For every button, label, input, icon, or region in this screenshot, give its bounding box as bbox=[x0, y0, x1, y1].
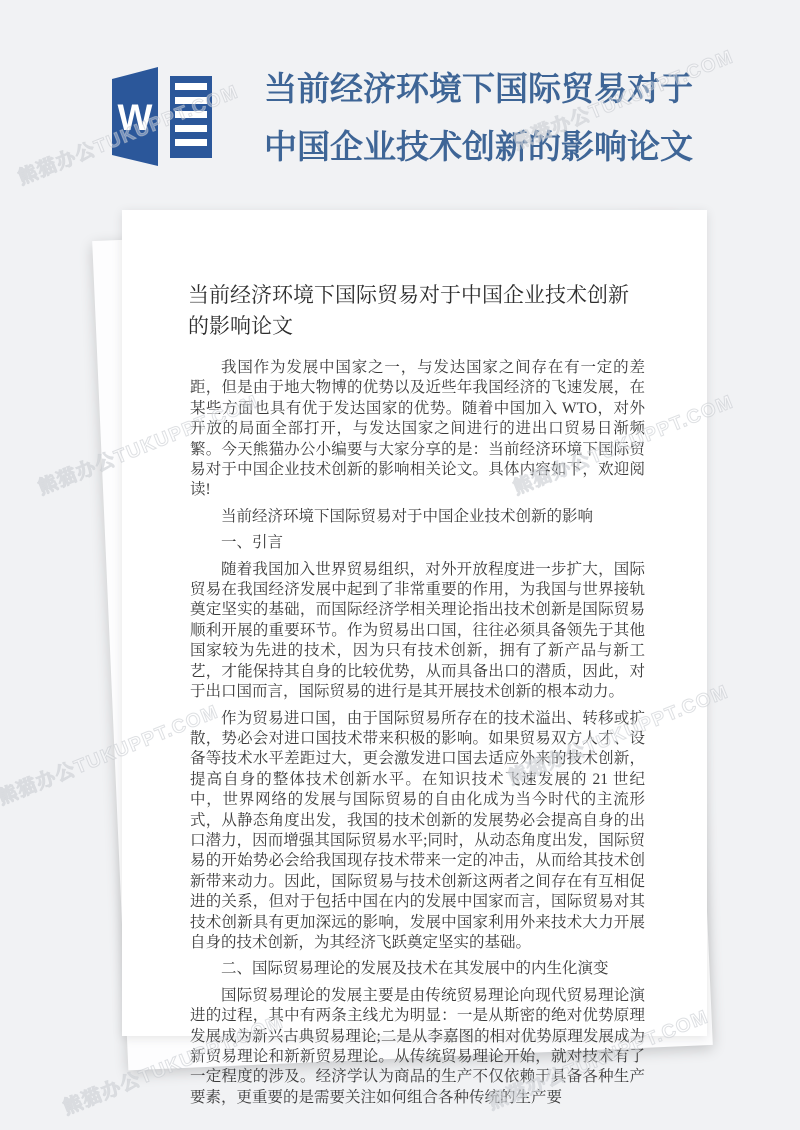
document-paragraph: 二、国际贸易理论的发展及技术在其发展中的内生化演变 bbox=[190, 959, 645, 979]
page-title-line2: 中国企业技术创新的影响论文 bbox=[264, 119, 734, 177]
header: W 当前经济环境下国际贸易对于 中国企业技术创新的影响论文 bbox=[0, 0, 800, 210]
document-paragraph: 我国作为发展中国家之一，与发达国家之间存在有一定的差距，但是由于地大物博的优势以… bbox=[190, 358, 645, 501]
document-paragraph: 当前经济环境下国际贸易对于中国企业技术创新的影响 bbox=[190, 507, 645, 527]
document-body: 我国作为发展中国家之一，与发达国家之间存在有一定的差距，但是由于地大物博的优势以… bbox=[190, 358, 645, 1108]
page-title-line1: 当前经济环境下国际贸易对于 bbox=[264, 61, 734, 119]
document-paragraph: 国际贸易理论的发展主要是由传统贸易理论向现代贸易理论演进的过程，其中有两条主线尤… bbox=[190, 986, 645, 1108]
document-paragraph: 随着我国加入世界贸易组织，对外开放程度进一步扩大，国际贸易在我国经济发展中起到了… bbox=[190, 560, 645, 703]
page-background: W 当前经济环境下国际贸易对于 中国企业技术创新的影响论文 当前经济环境下国际贸… bbox=[0, 0, 800, 1130]
document-paragraph: 一、引言 bbox=[190, 533, 645, 553]
document-paragraph: 作为贸易进口国，由于国际贸易所存在的技术溢出、转移或扩散，势必会对进口国技术带来… bbox=[190, 709, 645, 954]
document-title: 当前经济环境下国际贸易对于中国企业技术创新的影响论文 bbox=[188, 280, 649, 342]
page-title: 当前经济环境下国际贸易对于 中国企业技术创新的影响论文 bbox=[264, 61, 734, 177]
document-page: 当前经济环境下国际贸易对于中国企业技术创新的影响论文 我国作为发展中国家之一，与… bbox=[122, 210, 707, 1036]
word-document-icon: W bbox=[110, 66, 214, 168]
svg-text:W: W bbox=[118, 97, 153, 138]
